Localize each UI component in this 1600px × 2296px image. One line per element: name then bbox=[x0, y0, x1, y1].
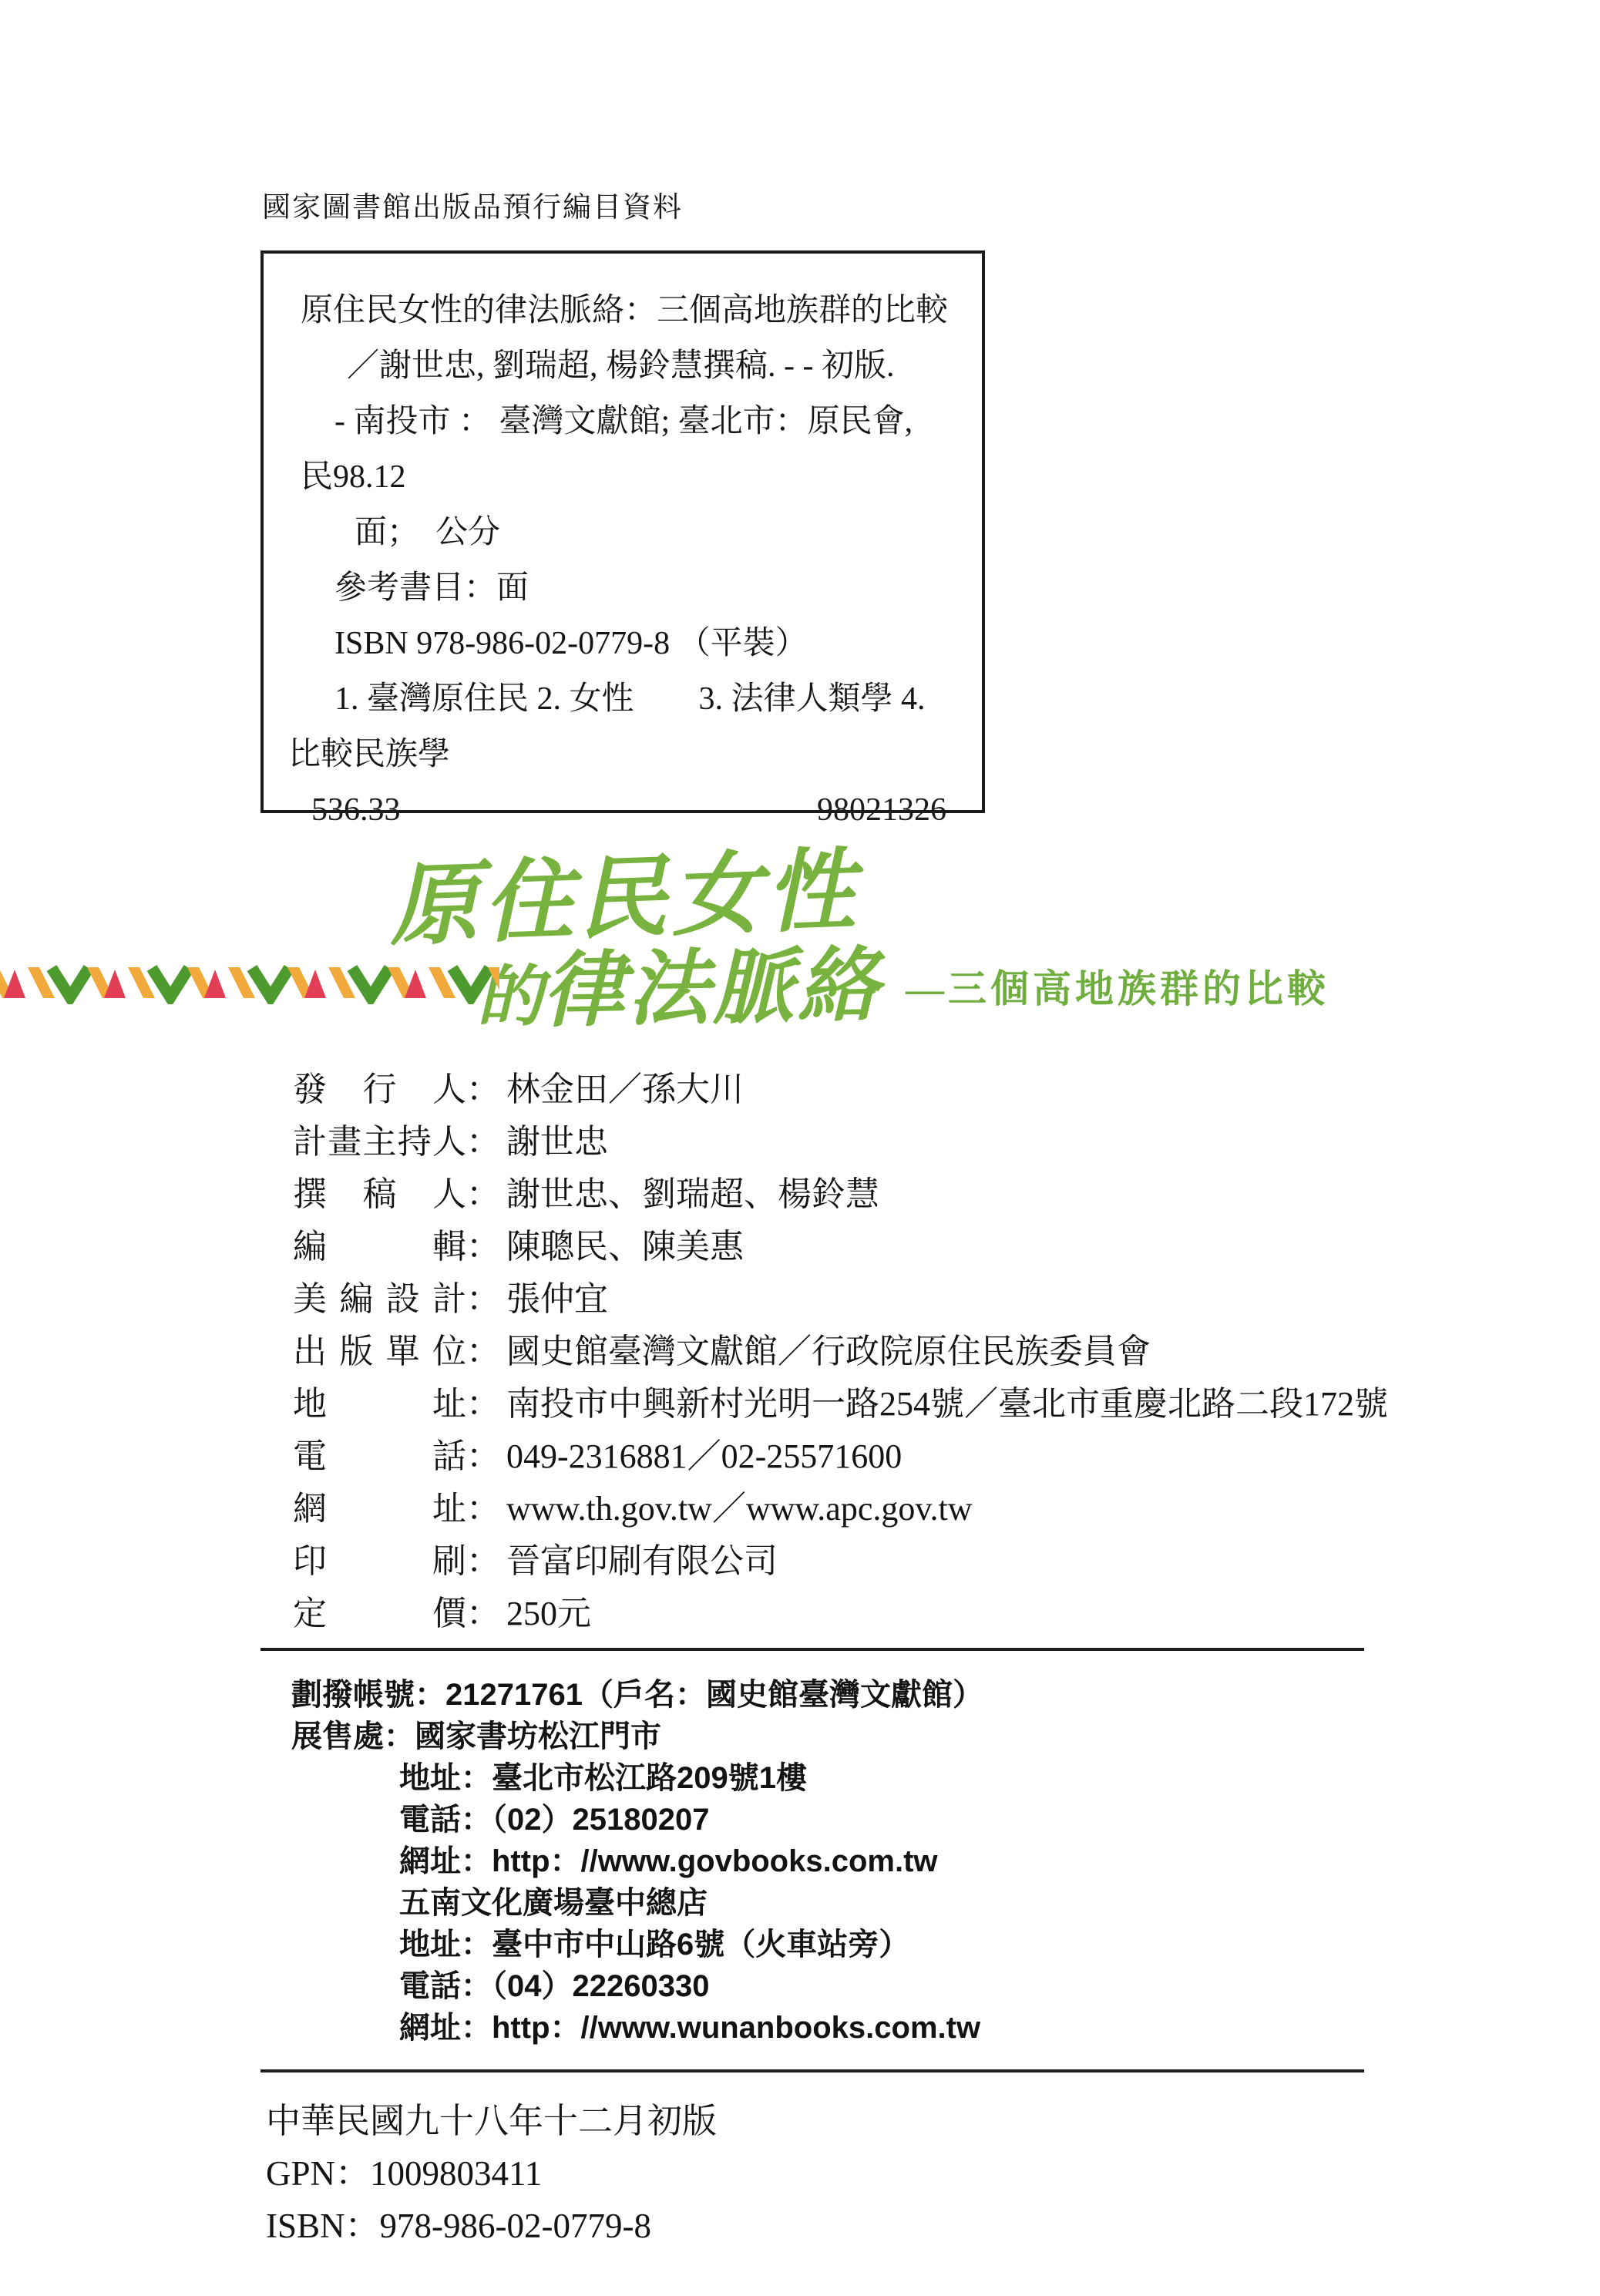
book-subtitle-calligraphy: 的律法脈絡 bbox=[476, 919, 883, 1044]
store2-phone-line: 電話：（04）22260330 bbox=[399, 1965, 983, 2007]
row-colon: ： bbox=[466, 1378, 500, 1430]
subtitle-main: 律法脈絡 bbox=[542, 940, 882, 1037]
row-value: 南投市中興新村光明一路254號／臺北市重慶北路二段172號 bbox=[500, 1378, 1388, 1430]
row-label: 發行人 bbox=[293, 1064, 466, 1116]
gpn-label: GPN bbox=[266, 2154, 335, 2193]
row-colon: ： bbox=[466, 1588, 500, 1640]
colophon-list: 發行人：林金田／孫大川 計畫主持人：謝世忠 撰稿人：謝世忠、劉瑞超、楊鈴慧 編輯… bbox=[293, 1064, 1388, 1640]
row-colon: ： bbox=[466, 1430, 500, 1483]
cip-isbn-line: ISBN 978-986-02-0779-8 （平裝） bbox=[334, 616, 982, 671]
row-label: 撰稿人 bbox=[293, 1168, 466, 1221]
cip-subjects-line: 1. 臺灣原住民 2. 女性 3. 法律人類學 4. bbox=[334, 671, 982, 727]
cip-class-number: 536.33 bbox=[311, 782, 401, 838]
row-value: 晉富印刷有限公司 bbox=[500, 1535, 778, 1588]
footer-edition: 中華民國九十八年十二月初版 bbox=[266, 2095, 717, 2147]
isbn-label: ISBN bbox=[266, 2207, 345, 2245]
tribal-zigzag-border-icon bbox=[0, 961, 499, 1004]
row-colon: ： bbox=[466, 1483, 500, 1535]
colophon-row-address: 地址：南投市中興新村光明一路254號／臺北市重慶北路二段172號 bbox=[293, 1378, 1388, 1430]
store1-phone-line: 電話：（02）25180207 bbox=[399, 1799, 983, 1840]
cip-biblio-line: 參考書目：面 bbox=[334, 560, 982, 616]
row-label: 定價 bbox=[293, 1588, 466, 1640]
address-value: 臺中市中山路6號（火車站旁） bbox=[492, 1928, 909, 1962]
row-value: 國史館臺灣文獻館／行政院原住民族委員會 bbox=[500, 1326, 1151, 1378]
row-value: 謝世忠、劉瑞超、楊鈴慧 bbox=[500, 1168, 879, 1221]
row-colon: ： bbox=[466, 1064, 500, 1116]
address-label: 地址 bbox=[399, 1761, 461, 1795]
address-colon: ： bbox=[461, 1928, 492, 1962]
row-colon: ： bbox=[466, 1221, 500, 1273]
divider-top bbox=[261, 1648, 1364, 1651]
colophon-row-printer: 印刷：晉富印刷有限公司 bbox=[293, 1535, 1388, 1588]
colophon-row-editors: 編輯：陳聰民、陳美惠 bbox=[293, 1221, 1388, 1273]
row-colon: ： bbox=[466, 1326, 500, 1378]
postal-account-label: 劃撥帳號 bbox=[291, 1678, 415, 1712]
address-colon: ： bbox=[461, 1761, 492, 1795]
retail-outlets-line: 展售處：國家書坊松江門市 bbox=[291, 1716, 983, 1757]
row-value: 張仲宜 bbox=[500, 1273, 608, 1326]
website-value: http：//www.wunanbooks.com.tw bbox=[492, 2011, 980, 2045]
cip-publisher-line: - 南投市 ： 臺灣文獻館; 臺北市：原民會, bbox=[334, 394, 982, 449]
cip-title-line: 原住民女性的律法脈絡：三個高地族群的比較 bbox=[301, 283, 982, 338]
row-label: 網址 bbox=[293, 1483, 466, 1535]
divider-bottom bbox=[261, 2069, 1364, 2072]
website-label: 網址 bbox=[399, 1844, 461, 1878]
phone-colon: ： bbox=[461, 1803, 492, 1837]
row-label: 地址 bbox=[293, 1378, 466, 1430]
row-label: 電話 bbox=[293, 1430, 466, 1483]
postal-account-value: 21271761（戶名：國史館臺灣文獻館） bbox=[445, 1678, 983, 1712]
website-value: http：//www.govbooks.com.tw bbox=[492, 1844, 938, 1878]
website-colon: ： bbox=[461, 1844, 492, 1878]
row-colon: ： bbox=[466, 1273, 500, 1326]
cip-box: 原住民女性的律法脈絡：三個高地族群的比較 ／謝世忠, 劉瑞超, 楊鈴慧撰稿. -… bbox=[261, 250, 985, 813]
row-value: 049-2316881／02-25571600 bbox=[500, 1430, 902, 1483]
footer-gpn-line: GPN：1009803411 bbox=[266, 2147, 717, 2200]
cip-authors-line: ／謝世忠, 劉瑞超, 楊鈴慧撰稿. - - 初版. bbox=[347, 338, 982, 394]
colophon-row-price: 定價：250元 bbox=[293, 1588, 1388, 1640]
phone-value: （04）22260330 bbox=[492, 1969, 709, 2003]
row-label: 計畫主持人 bbox=[293, 1116, 466, 1168]
row-label: 美編設計 bbox=[293, 1273, 466, 1326]
row-label: 編輯 bbox=[293, 1221, 466, 1273]
row-value: 陳聰民、陳美惠 bbox=[500, 1221, 744, 1273]
colophon-row-publisher: 發行人：林金田／孫大川 bbox=[293, 1064, 1388, 1116]
cip-subjects-line2: 比較民族學 bbox=[288, 727, 982, 782]
footer-block: 中華民國九十八年十二月初版 GPN：1009803411 ISBN：978-98… bbox=[266, 2095, 717, 2252]
row-label: 印刷 bbox=[293, 1535, 466, 1588]
phone-label: 電話 bbox=[399, 1969, 461, 2003]
isbn-colon: ： bbox=[345, 2207, 380, 2245]
cip-format-line: 面； 公分 bbox=[355, 505, 982, 560]
cip-header: 國家圖書館出版品預行編目資料 bbox=[262, 183, 683, 225]
row-colon: ： bbox=[466, 1535, 500, 1588]
row-label: 出版單位 bbox=[293, 1326, 466, 1378]
retail-colon: ： bbox=[384, 1719, 415, 1753]
store-name: 國家書坊松江門市 bbox=[415, 1719, 661, 1753]
postal-colon: ： bbox=[415, 1678, 445, 1712]
address-value: 臺北市松江路209號1樓 bbox=[492, 1761, 807, 1795]
ordering-info: 劃撥帳號：21271761（戶名：國史館臺灣文獻館） 展售處：國家書坊松江門市 … bbox=[291, 1674, 983, 2049]
retail-label: 展售處 bbox=[291, 1719, 384, 1753]
phone-colon: ： bbox=[461, 1969, 492, 2003]
store2-website-line: 網址：http：//www.wunanbooks.com.tw bbox=[399, 2007, 983, 2049]
website-colon: ： bbox=[461, 2011, 492, 2045]
row-value: 250元 bbox=[500, 1588, 591, 1640]
colophon-row-writers: 撰稿人：謝世忠、劉瑞超、楊鈴慧 bbox=[293, 1168, 1388, 1221]
store2-name-line: 五南文化廣場臺中總店 bbox=[399, 1882, 983, 1924]
gpn-value: 1009803411 bbox=[370, 2154, 542, 2193]
store1-address-line: 地址：臺北市松江路209號1樓 bbox=[399, 1757, 983, 1799]
gpn-colon: ： bbox=[335, 2154, 370, 2193]
phone-label: 電話 bbox=[399, 1803, 461, 1837]
store-name: 五南文化廣場臺中總店 bbox=[399, 1886, 708, 1920]
colophon-row-phone: 電話：049-2316881／02-25571600 bbox=[293, 1430, 1388, 1483]
row-value: 林金田／孫大川 bbox=[500, 1064, 744, 1116]
colophon-row-director: 計畫主持人：謝世忠 bbox=[293, 1116, 1388, 1168]
postal-account-line: 劃撥帳號：21271761（戶名：國史館臺灣文獻館） bbox=[291, 1674, 983, 1716]
colophon-row-designer: 美編設計：張仲宜 bbox=[293, 1273, 1388, 1326]
footer-isbn-line: ISBN：978-986-02-0779-8 bbox=[266, 2200, 717, 2252]
address-label: 地址 bbox=[399, 1928, 461, 1962]
isbn-value: 978-986-02-0779-8 bbox=[380, 2207, 651, 2245]
row-value: www.th.gov.tw／www.apc.gov.tw bbox=[500, 1483, 973, 1535]
row-colon: ： bbox=[466, 1116, 500, 1168]
phone-value: （02）25180207 bbox=[492, 1803, 709, 1837]
book-tagline: —三個高地族群的比較 bbox=[906, 958, 1329, 1014]
row-colon: ： bbox=[466, 1168, 500, 1221]
colophon-row-publishing-unit: 出版單位：國史館臺灣文獻館／行政院原住民族委員會 bbox=[293, 1326, 1388, 1378]
website-label: 網址 bbox=[399, 2011, 461, 2045]
store1-website-line: 網址：http：//www.govbooks.com.tw bbox=[399, 1840, 983, 1882]
colophon-page: 國家圖書館出版品預行編目資料 原住民女性的律法脈絡：三個高地族群的比較 ／謝世忠… bbox=[0, 0, 1600, 2296]
row-value: 謝世忠 bbox=[500, 1116, 608, 1168]
cip-date-line: 民98.12 bbox=[301, 449, 982, 505]
store2-address-line: 地址：臺中市中山路6號（火車站旁） bbox=[399, 1924, 983, 1965]
colophon-row-website: 網址：www.th.gov.tw／www.apc.gov.tw bbox=[293, 1483, 1388, 1535]
